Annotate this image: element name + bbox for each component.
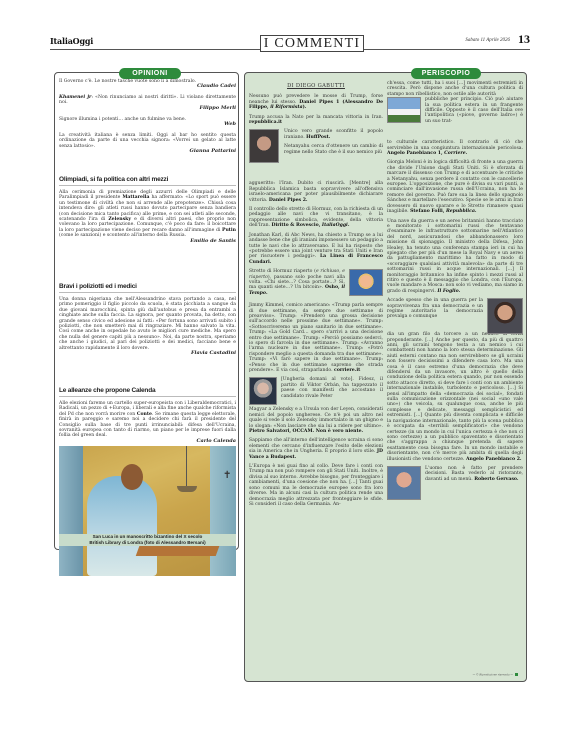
opinion-signature: Web [59,122,236,127]
opinion-item: Il Governo c'è. Le nostre tasche vuote s… [59,79,236,90]
san-luca-painting: ✝ [59,446,236,576]
end-square-icon [515,673,518,676]
opinion-signature: Gianna Pattarini [59,149,236,154]
article-signature: Flavia Castadini [59,351,236,356]
photo-gervaso [387,466,421,500]
periscopio-column-left: DI DIEGO GABUTTI Nessuno può prevedere l… [249,81,383,511]
saint-figure [87,476,157,576]
article-headline: Olimpiadi, si fa politica con altri mezz… [59,176,236,186]
article-headline: Bravi i poliziotti ed i medici [59,283,236,293]
article-body: Alle elezioni faremo un cartello super-e… [59,401,236,444]
hanging-lamp [177,486,197,492]
opinioni-badge: OPINIONI [119,68,181,79]
opinion-item: La creatività italiana è senza limiti. O… [59,133,236,155]
copyright-notice: — © Riproduzione riservata — [473,673,518,677]
article-signature: Emilio de Santis [59,239,236,244]
byline: DI DIEGO GABUTTI [249,84,383,89]
issue-date: Sabato 11 Aprile 2026 [465,38,510,43]
opinion-item: Khamenei jr: «Non rinunciamo ai nostri d… [59,95,236,111]
photo-white-house [387,97,421,123]
opinion-signature: Filippo Merli [59,106,236,111]
photo-orban [249,377,277,405]
cross-icon: ✝ [223,470,231,481]
photo-netanyahu [249,129,279,163]
opinion-signature: Claudio Cadei [59,84,236,89]
opinion-item: Signore illumina i potenti… anche un ful… [59,117,236,128]
periscopio-badge: PERISCOPIO [411,68,481,79]
opinioni-box: OPINIONI Il Governo c'è. Le nostre tasch… [54,72,239,550]
photo-trump [349,269,383,296]
article-body: Alla cerimonia di premiazione degli azzu… [59,190,236,244]
periscopio-box: PERISCOPIO DI DIEGO GABUTTI Nessuno può … [244,72,527,682]
periscopio-column-right: ch'essa, come tutti, ha i suoi […] movim… [387,81,523,506]
image-caption: San Luca in un manoscritto bizantino del… [59,534,236,546]
section-title: I COMMENTI [260,35,364,52]
newspaper-logo: ItaliaOggi [50,36,93,46]
article-body: Una donna nigeriana che nell'Alessandrin… [59,297,236,356]
page-number: 13 [518,32,530,47]
article-headline: Le alleanze che propone Calenda [59,387,236,397]
article-signature: Carlo Calenda [59,439,236,444]
masthead: ItaliaOggi I COMMENTI Sabato 11 Aprile 2… [50,30,530,60]
photo-panebianco [487,298,523,334]
